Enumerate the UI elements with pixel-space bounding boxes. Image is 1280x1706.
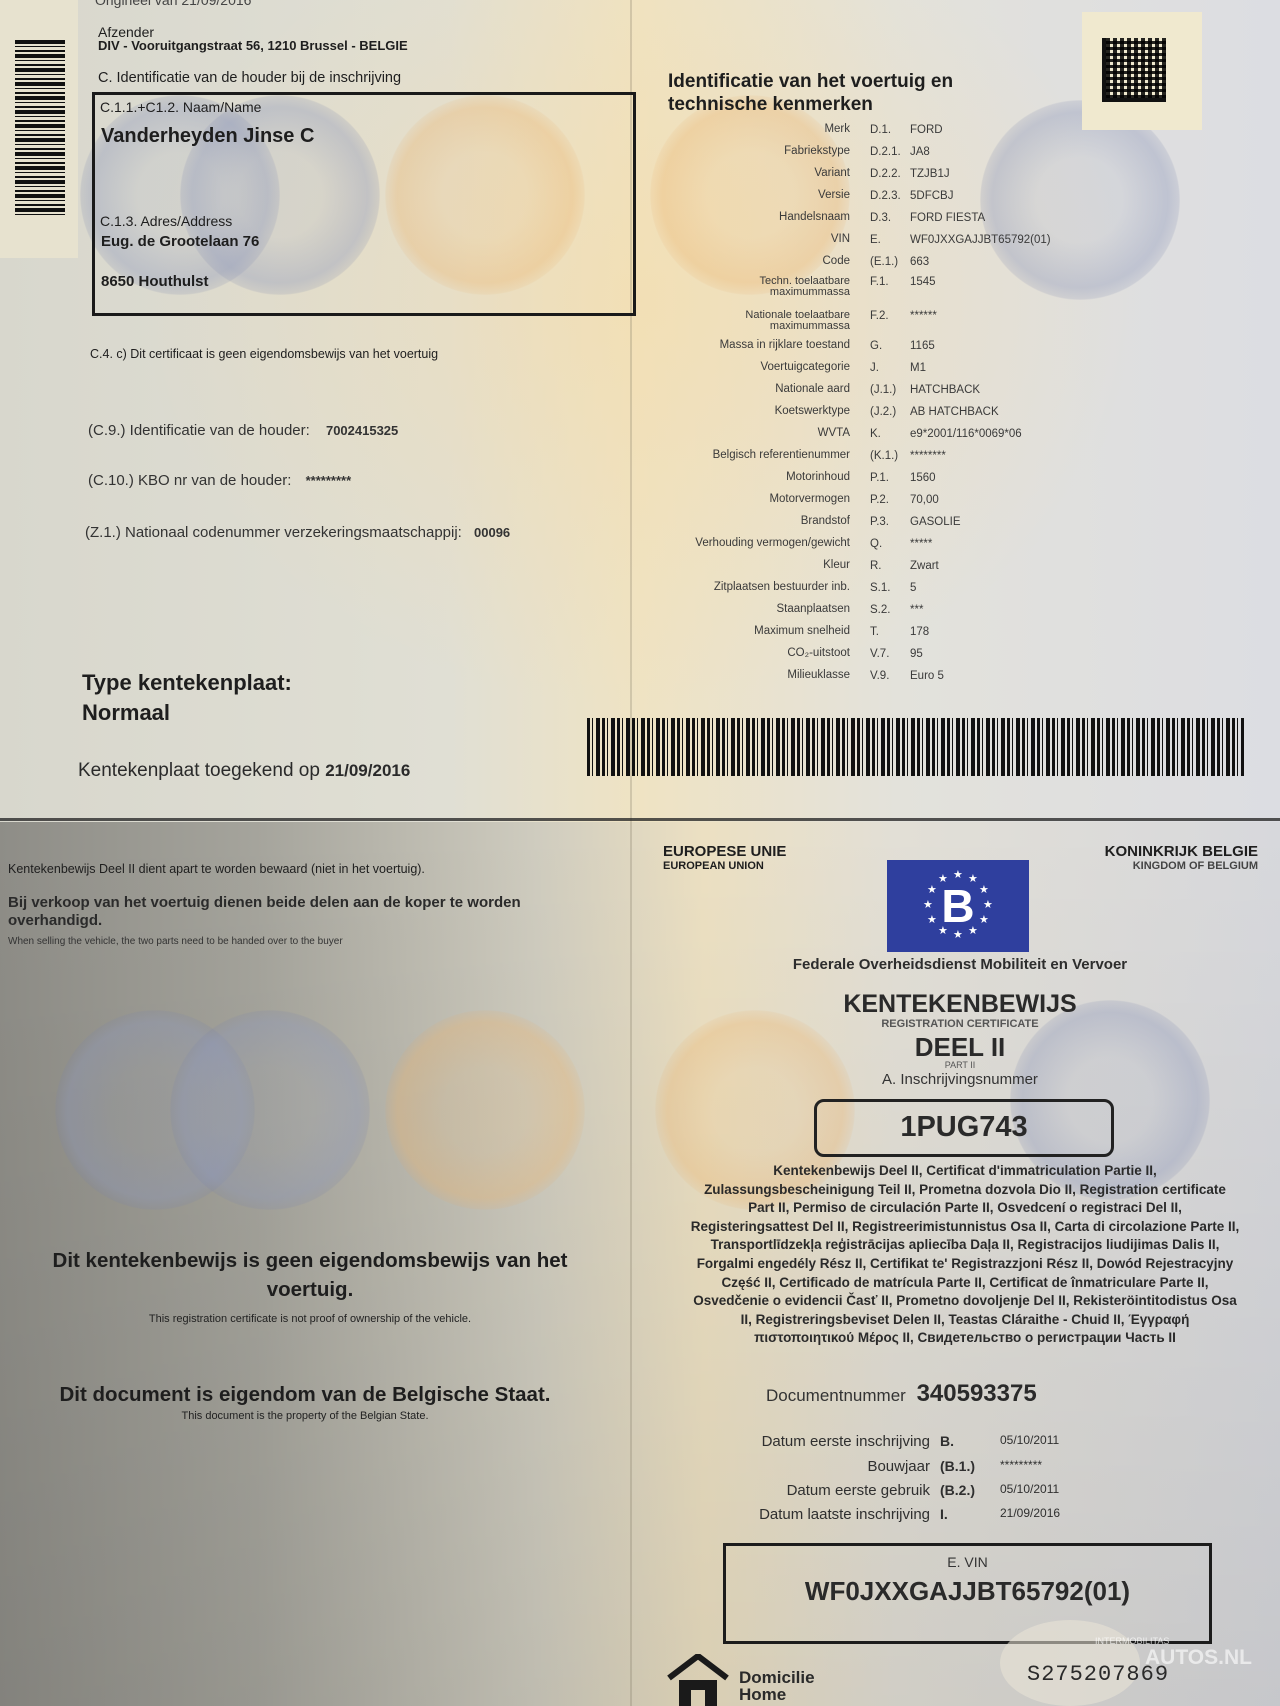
spec-label: Brandstof (801, 516, 850, 527)
horizontal-barcode (587, 718, 1244, 776)
date-row: Bouwjaar(B.1.)********* (700, 1458, 1100, 1480)
domicile-label: Domicilie Home (739, 1669, 815, 1703)
spec-row: MerkD.1.FORD (640, 124, 1120, 144)
spec-code: F.1. (870, 276, 889, 288)
spec-row: VariantD.2.2.TZJB1J (640, 168, 1120, 188)
spec-code: P.3. (870, 516, 889, 528)
sale-note-en: When selling the vehicle, the two parts … (8, 936, 343, 947)
keep-separate-note: Kentekenbewijs Deel II dient apart te wo… (8, 862, 425, 876)
spec-label: CO₂-uitstoot (787, 648, 850, 659)
plate-assigned-label: Kentekenplaat toegekend op (78, 760, 320, 781)
spec-row: BrandstofP.3.GASOLIE (640, 516, 1120, 536)
spec-value: Zwart (910, 560, 939, 572)
spec-code: (E.1.) (870, 256, 898, 268)
kingdom-label-en: KINGDOM OF BELGIUM (1133, 860, 1258, 872)
kingdom-label-nl: KONINKRIJK BELGIE (1105, 843, 1258, 860)
date-code: (B.1.) (940, 1458, 975, 1474)
holder-box: C.1.1.+C1.2. Naam/Name Vanderheyden Jins… (92, 92, 636, 316)
registration-number-box: 1PUG743 (814, 1099, 1114, 1157)
part-title-nl: DEEL II (690, 1032, 1230, 1063)
z1-label: (Z.1.) Nationaal codenummer verzekerings… (85, 524, 462, 541)
date-value: 05/10/2011 (1000, 1482, 1059, 1496)
spec-value: ******** (910, 450, 946, 462)
spec-label: Versie (818, 190, 850, 201)
spec-label: Koetswerktype (775, 406, 850, 417)
date-value: 05/10/2011 (1000, 1433, 1059, 1447)
spec-label: Variant (814, 168, 850, 179)
plate-type-value: Normaal (82, 700, 170, 726)
spec-label: Handelsnaam (779, 212, 850, 223)
spec-code: D.1. (870, 124, 891, 136)
spec-label: Motorvermogen (769, 494, 850, 505)
spec-code: J. (870, 362, 879, 374)
date-code: (B.2.) (940, 1482, 975, 1498)
serial-number: S275207869 (1027, 1662, 1169, 1687)
z1-row: (Z.1.) Nationaal codenummer verzekerings… (85, 524, 510, 541)
spec-value: 663 (910, 256, 929, 268)
certificate-title-en: REGISTRATION CERTIFICATE (690, 1018, 1230, 1030)
spec-value: JA8 (910, 146, 930, 158)
spec-row: Nationale aard(J.1.)HATCHBACK (640, 384, 1120, 404)
spec-code: S.1. (870, 582, 890, 594)
c10-label: (C.10.) KBO nr van de houder: (88, 472, 291, 489)
address-label: C.1.3. Adres/Address (100, 213, 232, 229)
spec-value: HATCHBACK (910, 384, 980, 396)
spec-code: D.2.2. (870, 168, 901, 180)
home-icon (665, 1654, 731, 1706)
plate-assigned-date: 21/09/2016 (325, 761, 410, 780)
date-label: Datum eerste gebruik (787, 1482, 930, 1499)
spec-code: P.2. (870, 494, 889, 506)
spec-value: 95 (910, 648, 923, 660)
spec-value: *** (910, 604, 923, 616)
spec-label: Milieuklasse (787, 670, 850, 681)
spec-code: V.7. (870, 648, 889, 660)
spec-value: 1165 (910, 340, 935, 352)
tear-line (0, 818, 1280, 821)
spec-row: Belgisch referentienummer(K.1.)******** (640, 450, 1120, 470)
spec-code: T. (870, 626, 879, 638)
domicile-en: Home (739, 1686, 815, 1703)
spec-label: Massa in rijklare toestand (720, 340, 850, 351)
spec-row: Code(E.1.)663 (640, 256, 1120, 276)
spec-row: StaanplaatsenS.2.*** (640, 604, 1120, 624)
spec-value: Euro 5 (910, 670, 944, 682)
country-letter: B (887, 878, 1029, 934)
spec-row: CO₂-uitstootV.7.95 (640, 648, 1120, 668)
document-number-label: Documentnummer (766, 1386, 906, 1405)
spec-label: Kleur (823, 560, 850, 571)
eu-label-en: EUROPEAN UNION (663, 860, 764, 872)
spec-value: 5 (910, 582, 916, 594)
spec-code: R. (870, 560, 882, 572)
date-label: Datum eerste inschrijving (762, 1433, 930, 1450)
spec-row: MotorvermogenP.2.70,00 (640, 494, 1120, 514)
vin-value: WF0JXXGAJJBT65792(01) (726, 1576, 1209, 1607)
date-label: Bouwjaar (867, 1458, 930, 1475)
z1-value: 00096 (474, 525, 510, 540)
holder-section-title: C. Identificatie van de houder bij de in… (98, 70, 401, 86)
spec-row: Massa in rijklare toestandG.1165 (640, 340, 1120, 360)
date-row: Datum laatste inschrijvingI.21/09/2016 (700, 1506, 1100, 1528)
plate-type-label: Type kentekenplaat: (82, 670, 292, 696)
spec-value: 1545 (910, 276, 936, 288)
spec-label: WVTA (818, 428, 850, 439)
date-label: Datum laatste inschrijving (759, 1506, 930, 1523)
spec-label: Nationale toelaatbare maximummassa (700, 310, 850, 332)
spec-row: Zitplaatsen bestuurder inb.S.1.5 (640, 582, 1120, 602)
holder-street: Eug. de Grootelaan 76 (101, 233, 259, 250)
spec-label: Nationale aard (775, 384, 850, 395)
spec-row: Maximum snelheidT.178 (640, 626, 1120, 646)
datamatrix-code-icon (1102, 38, 1166, 102)
name-label: C.1.1.+C1.2. Naam/Name (100, 99, 261, 115)
ownership-note-nl: Dit kentekenbewijs is geen eigendomsbewi… (30, 1246, 590, 1304)
spec-value: TZJB1J (910, 168, 950, 180)
spec-row: VINE.WF0JXXGAJJBT65792(01) (640, 234, 1120, 254)
property-note-en: This document is the property of the Bel… (5, 1410, 605, 1422)
original-date-text: Origineel van 21/09/2016 (95, 0, 251, 8)
spec-value: FORD (910, 124, 943, 136)
domicile-nl: Domicilie (739, 1669, 815, 1686)
sale-note-nl: Bij verkoop van het voertuig dienen beid… (8, 894, 568, 930)
spec-row: VersieD.2.3.5DFCBJ (640, 190, 1120, 210)
spec-value: 70,00 (910, 494, 939, 506)
spec-label: Belgisch referentienummer (713, 450, 850, 461)
spec-value: 5DFCBJ (910, 190, 953, 202)
wheel-watermark-icon (385, 1010, 585, 1210)
spec-value: 178 (910, 626, 929, 638)
registration-number-label: A. Inschrijvingsnummer (690, 1071, 1230, 1088)
spec-label: Fabriekstype (784, 146, 850, 157)
side-code: 13-163/1PUG743 (0, 722, 2, 792)
spec-row: MilieuklasseV.9.Euro 5 (640, 670, 1120, 690)
spec-value: ***** (910, 538, 932, 550)
spec-row: Verhouding vermogen/gewichtQ.***** (640, 538, 1120, 558)
date-row: Datum eerste gebruik(B.2.)05/10/2011 (700, 1482, 1100, 1504)
c10-value: ********* (306, 473, 352, 488)
spec-row: WVTAK.e9*2001/116*0069*06 (640, 428, 1120, 448)
ownership-note-en: This registration certificate is not pro… (30, 1313, 590, 1325)
spec-label: Code (823, 256, 851, 267)
spec-label: VIN (831, 234, 850, 245)
date-code: B. (940, 1433, 954, 1449)
c9-row: (C.9.) Identificatie van de houder: 7002… (88, 422, 398, 439)
spec-value: 1560 (910, 472, 936, 484)
property-note-nl: Dit document is eigendom van de Belgisch… (5, 1383, 605, 1407)
registration-number: 1PUG743 (817, 1102, 1111, 1152)
spec-label: Techn. toelaatbare maximummassa (700, 276, 850, 298)
spec-value: WF0JXXGAJJBT65792(01) (910, 234, 1051, 246)
c10-row: (C.10.) KBO nr van de houder: ********* (88, 472, 351, 489)
watermark-top-text: INTERMOBILITAS (1095, 1636, 1169, 1646)
spec-code: F.2. (870, 310, 889, 322)
spec-value: GASOLIE (910, 516, 961, 528)
eu-flag-icon: ★★★★★★★★★★★★ B (887, 860, 1029, 952)
spec-row: VoertuigcategorieJ.M1 (640, 362, 1120, 382)
spec-code: P.1. (870, 472, 889, 484)
date-row: Datum eerste inschrijvingB.05/10/2011 (700, 1433, 1100, 1455)
spec-code: V.9. (870, 670, 889, 682)
sender-address: DIV - Vooruitgangstraat 56, 1210 Brussel… (98, 38, 408, 53)
spec-row: MotorinhoudP.1.1560 (640, 472, 1120, 492)
eu-label-nl: EUROPESE UNIE (663, 843, 786, 860)
holder-city: 8650 Houthulst (101, 273, 209, 290)
spec-code: (J.1.) (870, 384, 896, 396)
date-value: ********* (1000, 1458, 1042, 1472)
wheel-watermark-icon (170, 1010, 370, 1210)
plate-assigned-row: Kentekenplaat toegekend op 21/09/2016 (78, 760, 410, 782)
date-value: 21/09/2016 (1000, 1506, 1060, 1520)
date-code: I. (940, 1506, 948, 1522)
spec-row: FabriekstypeD.2.1.JA8 (640, 146, 1120, 166)
spec-code: Q. (870, 538, 882, 550)
spec-code: G. (870, 340, 882, 352)
spec-row: Koetswerktype(J.2.)AB HATCHBACK (640, 406, 1120, 426)
multilingual-title: Kentekenbewijs Deel II, Certificat d'imm… (690, 1162, 1240, 1348)
holder-name: Vanderheyden Jinse C (101, 125, 314, 148)
vehicle-section-title: Identificatie van het voertuig en techni… (668, 70, 953, 116)
c9-label: (C.9.) Identificatie van de houder: (88, 422, 310, 439)
spec-value: FORD FIESTA (910, 212, 985, 224)
spec-row: Nationale toelaatbare maximummassaF.2.**… (640, 310, 1120, 330)
spec-label: Voertuigcategorie (760, 362, 850, 373)
spec-label: Merk (824, 124, 850, 135)
spec-code: D.3. (870, 212, 891, 224)
spec-code: S.2. (870, 604, 890, 616)
spec-value: e9*2001/116*0069*06 (910, 428, 1022, 440)
spec-code: K. (870, 428, 881, 440)
document-number: 340593375 (917, 1380, 1037, 1407)
spec-code: (J.2.) (870, 406, 896, 418)
vehicle-title-line-1: Identificatie van het voertuig en (668, 70, 953, 93)
spec-value: M1 (910, 362, 926, 374)
spec-value: AB HATCHBACK (910, 406, 999, 418)
spec-code: D.2.1. (870, 146, 901, 158)
spec-label: Staanplaatsen (776, 604, 850, 615)
vin-label: E. VIN (726, 1554, 1209, 1570)
spec-label: Zitplaatsen bestuurder inb. (714, 582, 850, 593)
qr-sticker (1082, 12, 1202, 130)
c4-note: C.4. c) Dit certificaat is geen eigendom… (90, 347, 438, 361)
spec-row: HandelsnaamD.3.FORD FIESTA (640, 212, 1120, 232)
vertical-barcode (15, 40, 65, 218)
certificate-title-nl: KENTEKENBEWIJS (690, 990, 1230, 1019)
spec-value: ****** (910, 310, 937, 322)
spec-code: D.2.3. (870, 190, 901, 202)
vin-box: E. VIN WF0JXXGAJJBT65792(01) (723, 1543, 1212, 1644)
spec-row: KleurR.Zwart (640, 560, 1120, 580)
spec-code: (K.1.) (870, 450, 898, 462)
part-title-en: PART II (690, 1060, 1230, 1070)
spec-label: Maximum snelheid (754, 626, 850, 637)
spec-code: E. (870, 234, 881, 246)
authority-name: Federale Overheidsdienst Mobiliteit en V… (640, 956, 1280, 973)
spec-row: Techn. toelaatbare maximummassaF.1.1545 (640, 276, 1120, 296)
vehicle-title-line-2: technische kenmerken (668, 93, 953, 116)
spec-label: Verhouding vermogen/gewicht (695, 538, 850, 549)
spec-label: Motorinhoud (786, 472, 850, 483)
document-number-row: Documentnummer 340593375 (766, 1380, 1037, 1408)
c9-value: 7002415325 (326, 423, 398, 438)
